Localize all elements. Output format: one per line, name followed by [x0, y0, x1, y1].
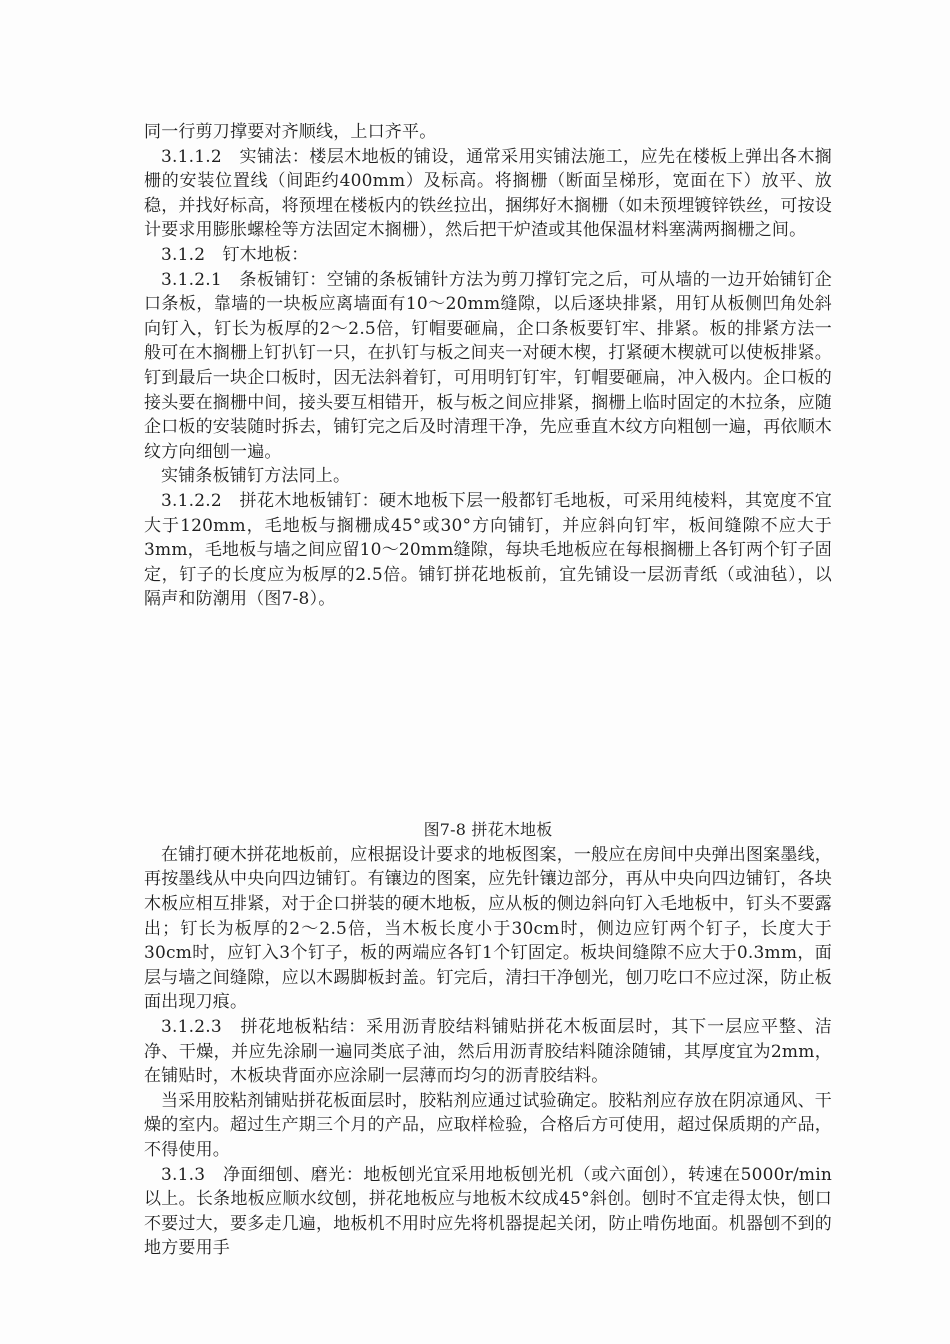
- paragraph-parquet-layout: 在铺打硬木拼花地板前，应根据设计要求的地板图案，一般应在房间中央弹出图案墨线，再…: [144, 843, 832, 1015]
- paragraph-section-3-1-1-2: 3.1.1.2 实铺法：楼层木地板的铺设，通常采用实铺法施工，应先在楼板上弹出各…: [144, 145, 832, 243]
- paragraph-section-3-1-2-2: 3.1.2.2 拼花木地板铺钉：硬木地板下层一般都钉毛地板，可采用纯棱料，其宽度…: [144, 489, 832, 612]
- heading-section-3-1-2: 3.1.2 钉木地板：: [144, 243, 832, 268]
- figure-7-8-caption: 图7-8 拼花木地板: [144, 817, 832, 843]
- document-page: 同一行剪刀撑要对齐顺线，上口齐平。 3.1.1.2 实铺法：楼层木地板的铺设，通…: [0, 0, 950, 1344]
- paragraph-section-3-1-2-3: 3.1.2.3 拼花地板粘结：采用沥青胶结料铺贴拼花木板面层时，其下一层应平整、…: [144, 1015, 832, 1089]
- paragraph-solid-laying-note: 实铺条板铺钉方法同上。: [144, 464, 832, 489]
- paragraph-section-3-1-3: 3.1.3 净面细刨、磨光：地板刨光宜采用地板刨光机（或六面创），转速在5000…: [144, 1163, 832, 1261]
- figure-7-8-image-area: [144, 612, 832, 817]
- paragraph-section-3-1-2-1: 3.1.2.1 条板铺钉：空铺的条板铺针方法为剪刀撑钉完之后，可从墙的一边开始铺…: [144, 268, 832, 465]
- document-body: 同一行剪刀撑要对齐顺线，上口齐平。 3.1.1.2 实铺法：楼层木地板的铺设，通…: [144, 120, 832, 1261]
- paragraph-intro-continuation: 同一行剪刀撑要对齐顺线，上口齐平。: [144, 120, 832, 145]
- paragraph-adhesive-note: 当采用胶粘剂铺贴拼花板面层时，胶粘剂应通过试验确定。胶粘剂应存放在阴凉通风、干燥…: [144, 1089, 832, 1163]
